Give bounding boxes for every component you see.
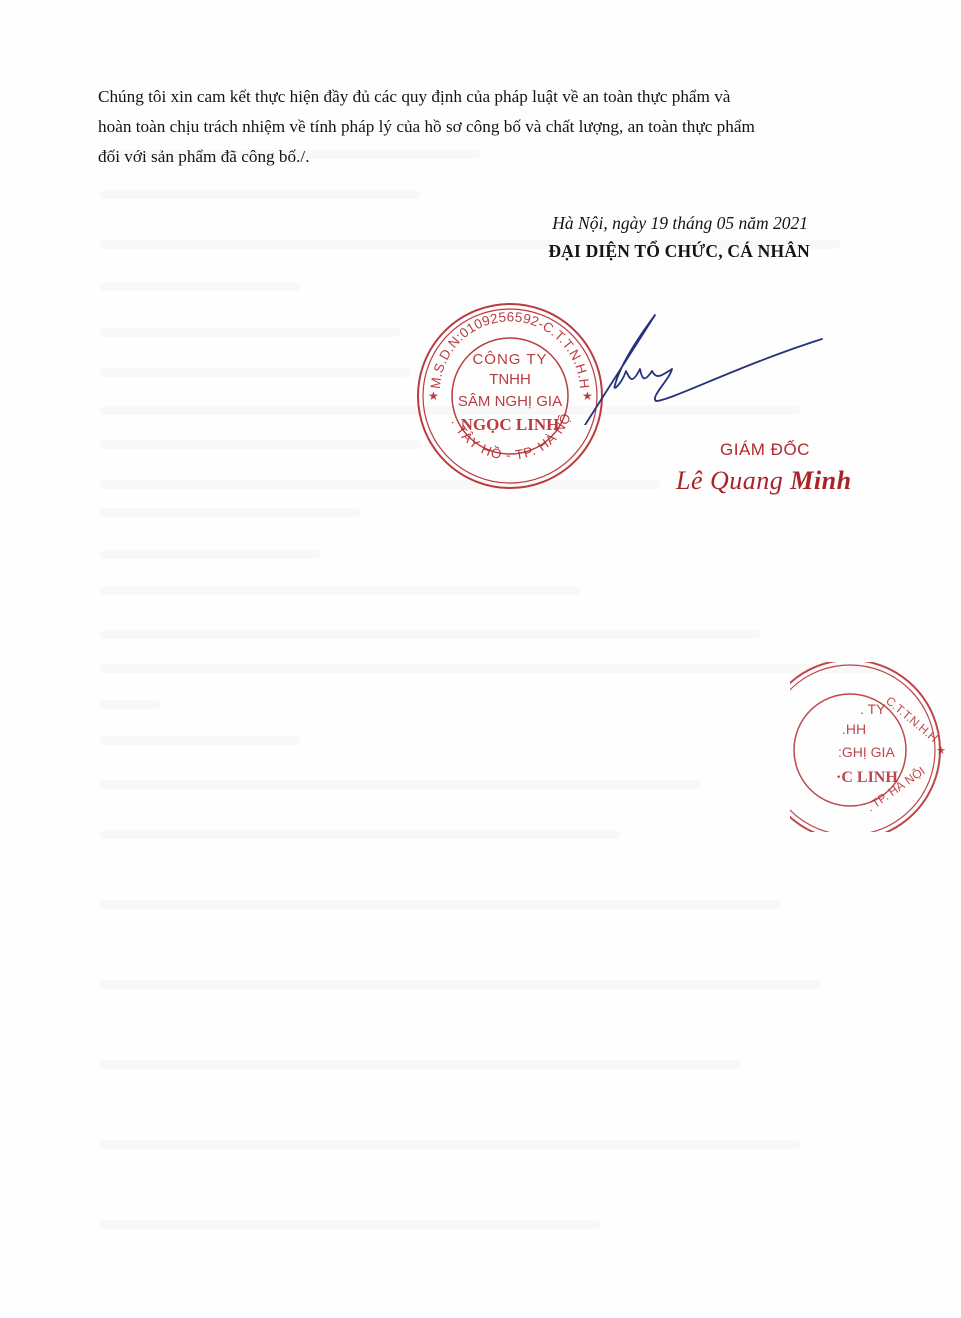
director-name-first: Lê Quang: [676, 466, 790, 495]
svg-text:★: ★: [936, 745, 946, 757]
commitment-line-3: đối với sản phẩm đã công bố./.: [98, 142, 888, 172]
stamp-line-4: NGỌC LINH: [461, 415, 560, 434]
partial-stamp: C.T.T.N.H.H . TP. HÀ NỘI ★ . TY .HH :GHỊ…: [790, 662, 960, 832]
commitment-paragraph: Chúng tôi xin cam kết thực hiện đầy đủ c…: [98, 82, 888, 172]
partial-stamp-line-2: .HH: [842, 721, 866, 737]
place-date: Hà Nội, ngày 19 tháng 05 năm 2021: [512, 213, 808, 234]
svg-text:★: ★: [428, 389, 439, 403]
stamp-line-3: SÂM NGHỊ GIA: [458, 393, 562, 410]
stamp-line-1: CÔNG TY: [472, 351, 547, 368]
director-name-last: Minh: [790, 466, 851, 495]
representative-title: ĐẠI DIỆN TỔ CHỨC, CÁ NHÂN: [505, 241, 810, 262]
director-name: Lê Quang Minh: [676, 466, 852, 496]
director-title: GIÁM ĐỐC: [720, 440, 810, 460]
partial-stamp-ring-text: C.T.T.N.H.H: [883, 694, 941, 745]
stamp-line-2: TNHH: [489, 371, 531, 388]
commitment-line-2: hoàn toàn chịu trách nhiệm về tính pháp …: [98, 112, 888, 142]
partial-stamp-line-3: :GHỊ GIA: [838, 744, 895, 760]
partial-stamp-line-4: ·C LINH: [836, 769, 898, 786]
commitment-line-1: Chúng tôi xin cam kết thực hiện đầy đủ c…: [98, 82, 888, 112]
signature: [560, 305, 840, 425]
partial-stamp-line-1: . TY: [860, 701, 886, 717]
